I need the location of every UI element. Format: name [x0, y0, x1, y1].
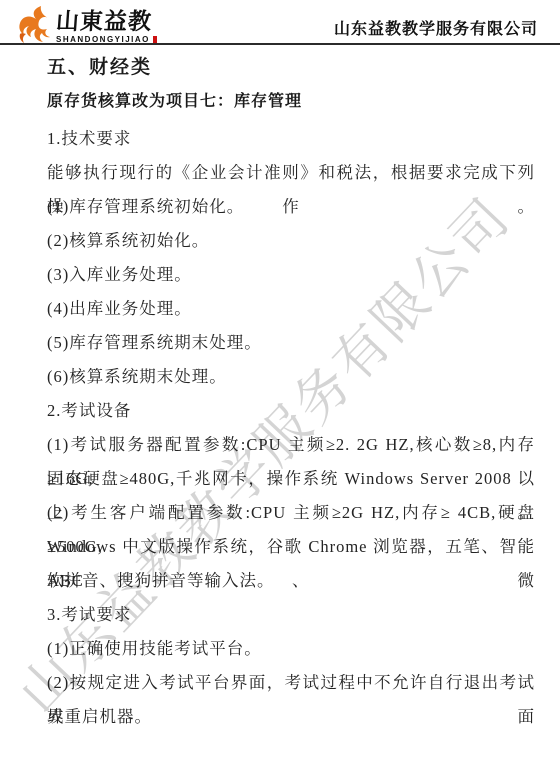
document-page: 山东益教教学服务有限公司 山東益教 SHANDONGYIJIAO 山东益教教学服…: [0, 0, 560, 766]
document-content: 五、财经类 原存货核算改为项目七：库存管理 1.技术要求 能够执行现行的《企业会…: [47, 54, 535, 734]
text-line: 能够执行现行的《企业会计准则》和税法，根据要求完成下列操作。: [47, 156, 535, 190]
company-logo: 山東益教 SHANDONGYIJIAO: [12, 6, 157, 44]
section-title: 五、财经类: [47, 54, 535, 90]
text-line: (5)库存管理系统期末处理。: [47, 326, 535, 360]
text-line: (6)核算系统期末处理。: [47, 360, 535, 394]
text-line: 3.考试要求: [47, 598, 535, 632]
page-header: 山東益教 SHANDONGYIJIAO 山东益教教学服务有限公司: [0, 0, 560, 43]
text-line: (2)考生客户端配置参数:CPU 主频≥2G HZ,内存≥ 4CB,硬盘≥500…: [47, 496, 535, 530]
text-line: (2)核算系统初始化。: [47, 224, 535, 258]
text-line: Windows 中文版操作系统，谷歌 Chrome 浏览器，五笔、智能 ABC、…: [47, 530, 535, 564]
flame-logo-icon: [12, 6, 54, 44]
header-divider: [0, 43, 560, 45]
logo-chinese-name: 山東益教: [55, 10, 158, 34]
document-subtitle: 原存货核算改为项目七：库存管理: [47, 90, 535, 122]
logo-text: 山東益教 SHANDONGYIJIAO: [56, 10, 157, 44]
text-line: 2.考试设备: [47, 394, 535, 428]
text-line: 1.技术要求: [47, 122, 535, 156]
body-text: 1.技术要求 能够执行现行的《企业会计准则》和税法，根据要求完成下列操作。 (1…: [47, 122, 535, 734]
text-line: (4)出库业务处理。: [47, 292, 535, 326]
text-line: (3)入库业务处理。: [47, 258, 535, 292]
company-name: 山东益教教学服务有限公司: [334, 16, 538, 39]
text-line: (2)按规定进入考试平台界面，考试过程中不允许自行退出考试界面: [47, 666, 535, 700]
text-line: (1)考试服务器配置参数:CPU 主频≥2. 2G HZ,核心数≥8,内存≥16…: [47, 428, 535, 462]
text-line: 固态硬盘≥480G,千兆网卡，操作系统 Windows Server 2008 …: [47, 462, 535, 496]
text-line: (1)正确使用技能考试平台。: [47, 632, 535, 666]
